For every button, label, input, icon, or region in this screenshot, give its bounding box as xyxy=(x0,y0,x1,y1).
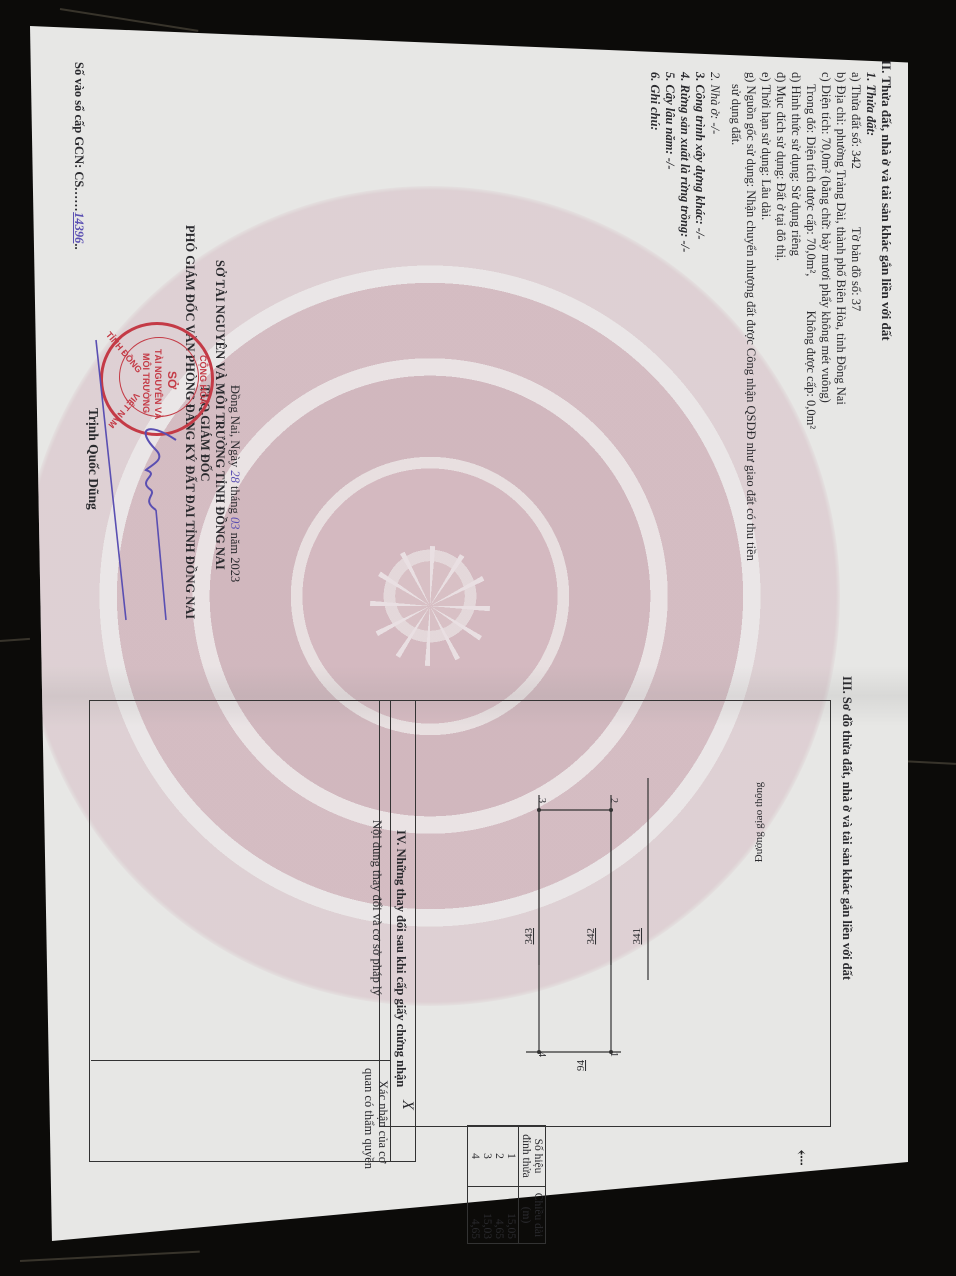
area-granted: Trong đó: Diện tích được cấp: 70,0m², xyxy=(804,84,818,276)
perennial-trees: 5. Cây lâu năm: -/- xyxy=(662,72,677,170)
vertex-2: 2 xyxy=(607,798,619,803)
use-purpose: đ) Mục đích sử dụng: Đất ở tại đô thị. xyxy=(773,72,788,261)
north-arrow-icon: ⇡ xyxy=(793,1146,810,1171)
section2-title: II. Thửa đất, nhà ở và tài sản khác gắn … xyxy=(879,60,894,341)
signature-icon xyxy=(56,320,196,640)
changes-table-body xyxy=(89,700,391,1162)
map-sheet-number: 37 xyxy=(849,299,863,312)
table-cell-lengths: 15,05 4,65 15,03 4,65 xyxy=(468,1187,519,1244)
registry-number-row: Số vào sổ cấp GCN: CS......14396.. xyxy=(71,62,86,250)
date-month: 03 xyxy=(228,517,242,530)
use-form: d) Hình thức sử dụng: Sử dụng riêng xyxy=(788,72,803,256)
parcel-number-label: a) Thửa đất số: xyxy=(849,72,863,147)
address: b) Địa chỉ: phường Trảng Dài, thành phố … xyxy=(833,72,848,405)
other-construction: 3. Công trình xây dựng khác: -/- xyxy=(692,72,707,240)
registry-label: Số vào sổ cấp GCN: CS xyxy=(72,62,86,187)
section2-sub-title: 1. Thửa đất: xyxy=(863,72,878,136)
area-not-granted: Không được cấp: 0,0m² xyxy=(804,311,818,430)
parcel-number-row: a) Thửa đất số: 342 Tờ bản đồ số: 37 xyxy=(848,72,863,311)
vertex-1: 1 xyxy=(607,1052,619,1057)
parcel-number: 342 xyxy=(849,150,863,169)
handwritten-mark: X xyxy=(397,1100,416,1110)
parcel-342: 342 xyxy=(585,928,598,945)
table-header-vertex: Số hiệu đỉnh thửa xyxy=(519,1126,546,1187)
section3-title: III. Sơ đồ thửa đất, nhà ở và tài sản kh… xyxy=(839,676,854,980)
rotated-content: II. Thửa đất, nhà ở và tài sản khác gắn … xyxy=(0,0,956,1276)
section4-title: IV. Những thay đổi sau khi cấp giấy chứn… xyxy=(393,830,408,1087)
vertex-length-table: Số hiệu đỉnh thửa Chiều dài (m) 1 2 3 4 … xyxy=(467,1125,546,1244)
house: 2. Nhà ở: -/- xyxy=(707,72,722,134)
road-label: Đường giao thông xyxy=(753,782,766,862)
use-term: e) Thời hạn sử dụng: Lâu dài. xyxy=(758,72,773,220)
production-forest: 4. Rừng sản xuất là rừng trồng: -/- xyxy=(677,72,692,252)
table-cell-vertices: 1 2 3 4 xyxy=(468,1126,519,1187)
registry-number: 14396 xyxy=(72,212,86,243)
vertex-3: 3 xyxy=(535,798,547,803)
parcel-341: 341 xyxy=(631,928,644,945)
parcel-343: 343 xyxy=(523,928,536,945)
notes: 6. Ghi chú: xyxy=(647,72,662,131)
map-sheet-label: Tờ bản đồ số: xyxy=(849,227,863,296)
signer-name: Trịnh Quốc Dũng xyxy=(85,408,101,510)
origin-line-1: g) Nguồn gốc sử dụng: Nhận chuyển nhượng… xyxy=(743,72,758,561)
date-day: 28 xyxy=(228,470,242,483)
vertex-4: 4 xyxy=(535,1052,547,1057)
issuing-agency: SỞ TÀI NGUYÊN VÀ MÔI TRƯỜNG TỈNH ĐỒNG NA… xyxy=(212,260,227,570)
table-header-length: Chiều dài (m) xyxy=(519,1187,546,1244)
area-granted-row: Trong đó: Diện tích được cấp: 70,0m², Kh… xyxy=(803,84,818,429)
plot-diagram xyxy=(381,700,831,1125)
area: c) Diện tích: 70,0m² (bằng chữ: bảy mươi… xyxy=(818,72,833,403)
changes-table-divider xyxy=(91,1060,391,1061)
origin-line-2: sử dụng đất. xyxy=(728,84,743,145)
parcel-94: 94 xyxy=(575,1060,588,1071)
